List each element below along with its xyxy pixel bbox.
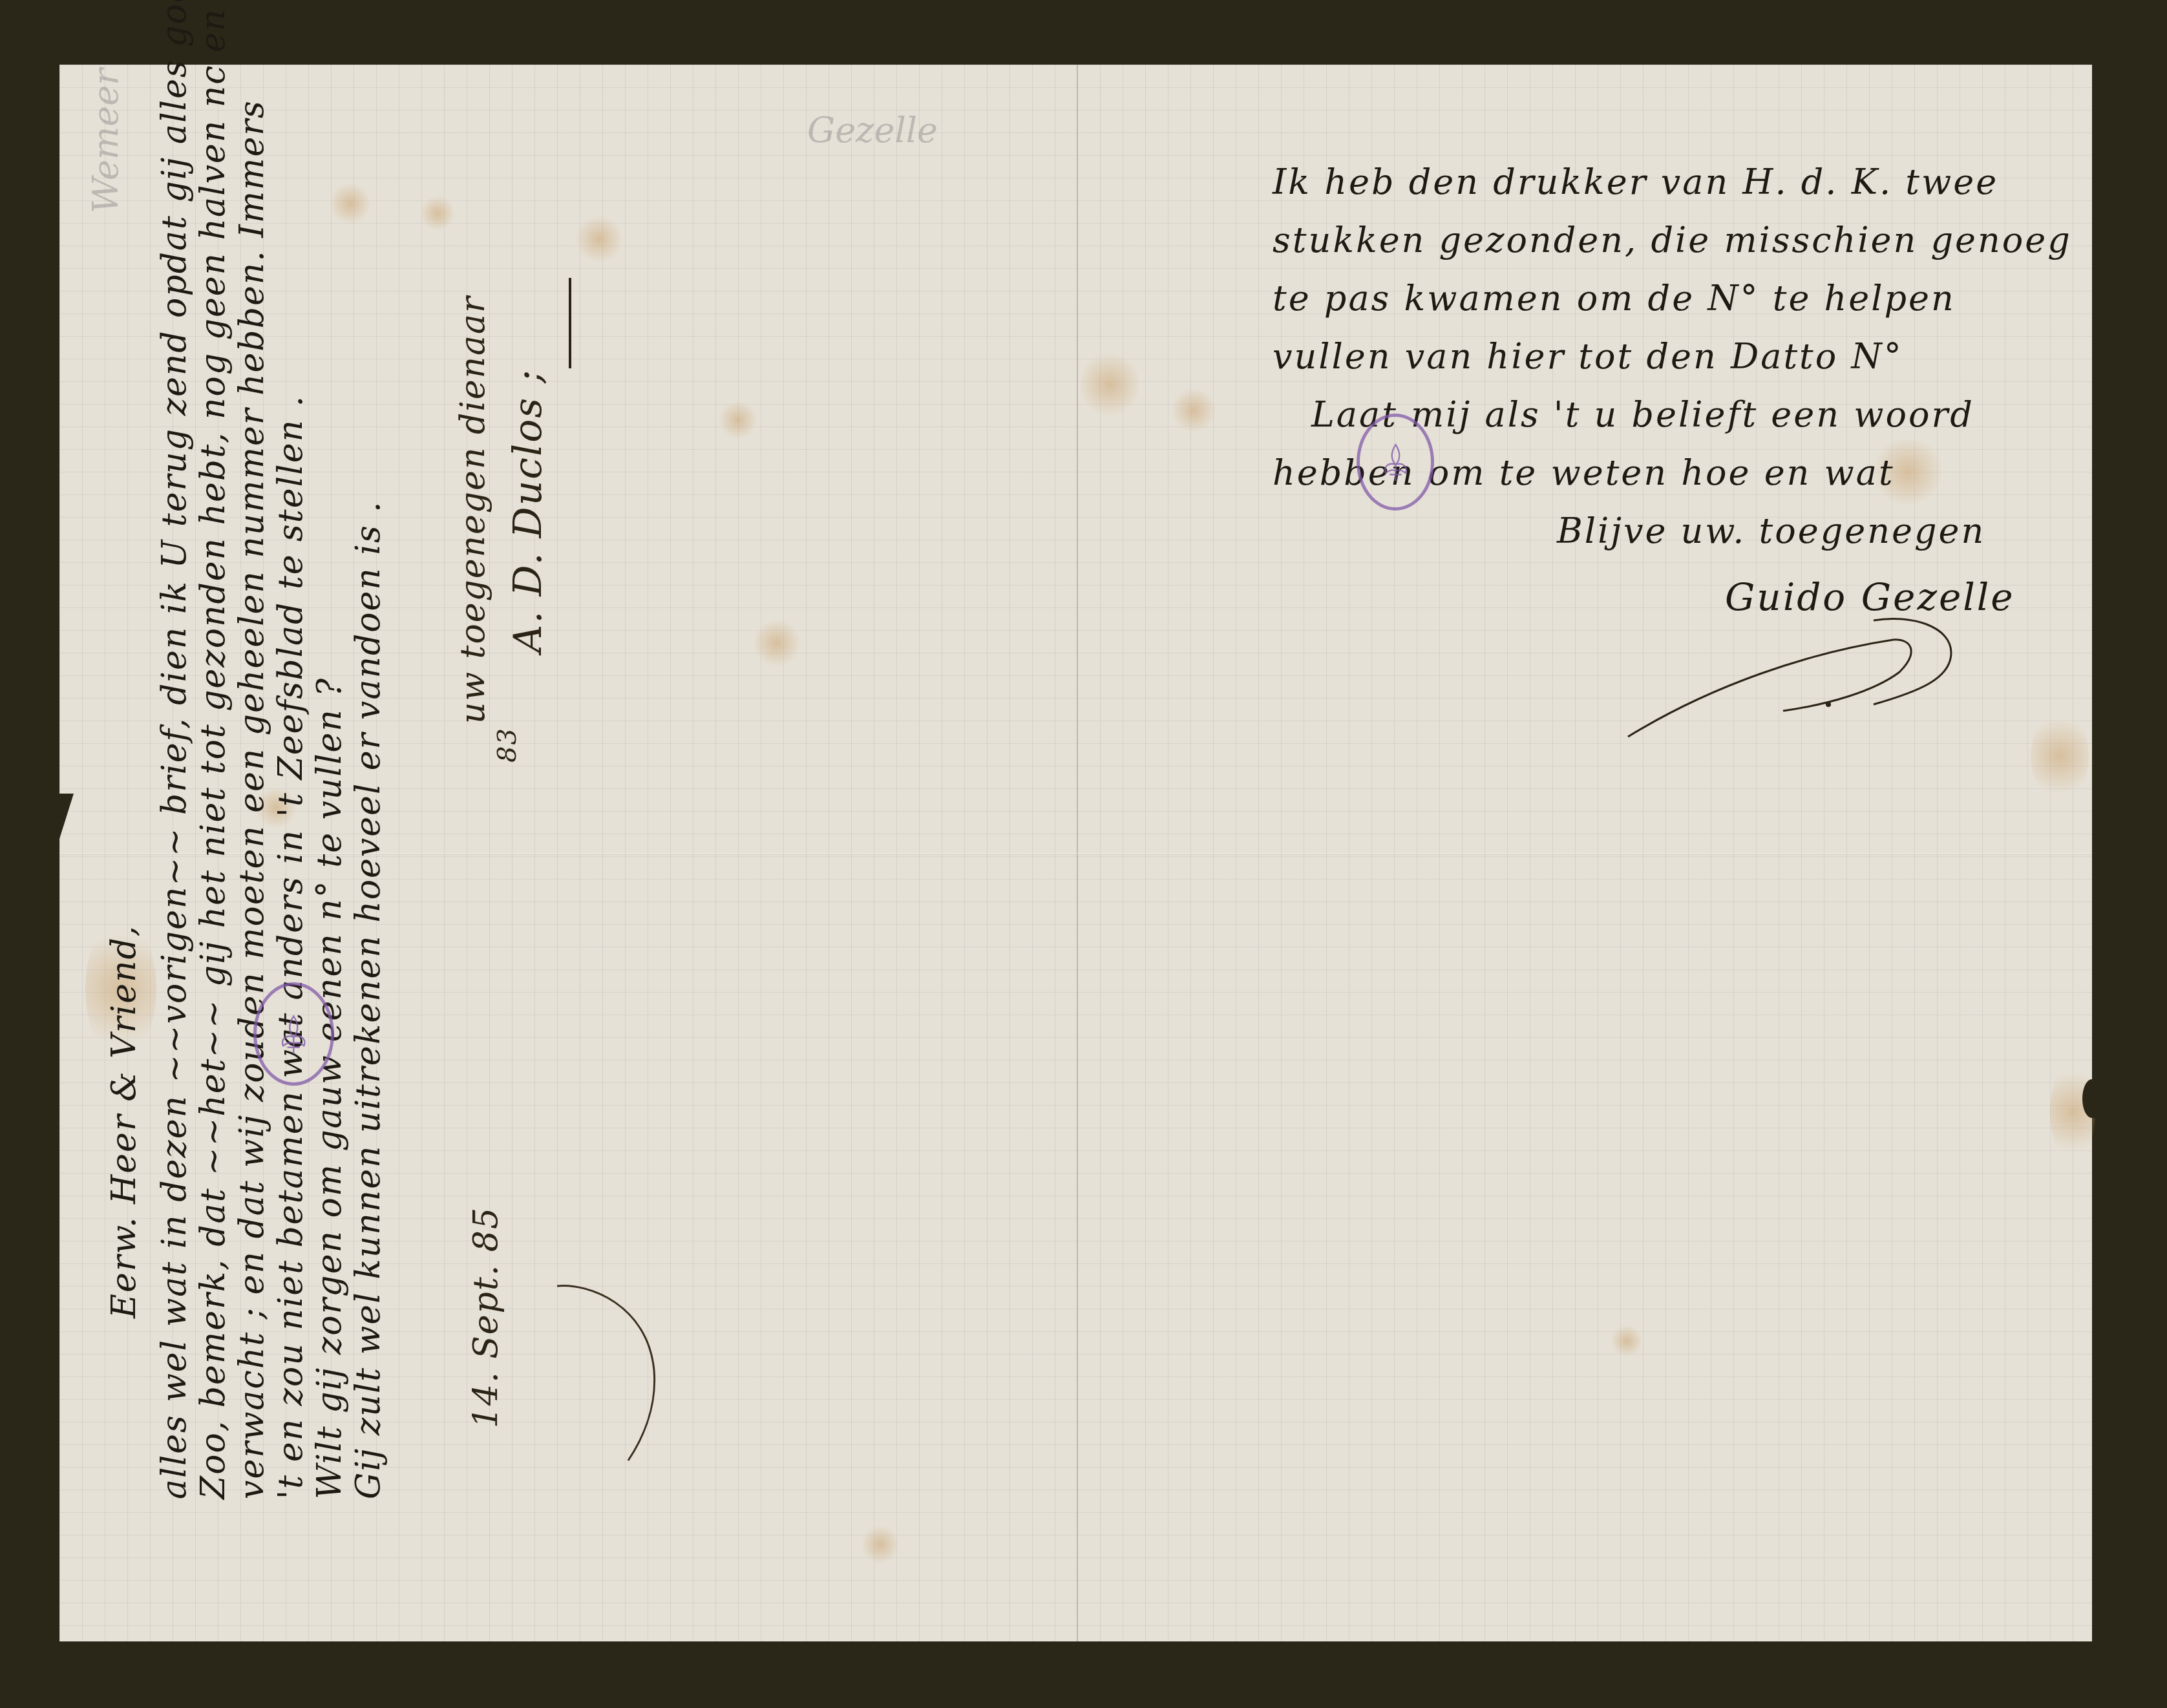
body-line: 't en zou niet betamen wat anders in 't …: [271, 395, 310, 1499]
closing: Blijve uw. toegenegen: [1557, 511, 1985, 551]
right-page: Gezelle Ik heb den drukker van H. d. K. …: [1079, 65, 2092, 1641]
fleur-de-lis-icon: [268, 1000, 320, 1068]
body-line: Zoo, bemerk, dat ~~het~~ gij het niet to…: [194, 8, 233, 1499]
closing: uw toegenegen dienaar: [454, 295, 492, 724]
signature-right: Guido Gezelle: [1725, 575, 2015, 619]
body-line: alles wel wat in dezen ~~vorigen~~ brief…: [155, 0, 194, 1499]
body-line: Wilt gij zorgen om gauw eenen n° te vull…: [310, 677, 349, 1499]
signature-flourish: [1615, 614, 1977, 743]
closing-dash: [564, 278, 576, 368]
body-line: stukken gezonden, die misschien genoeg: [1273, 220, 2072, 260]
pencil-note-right: Gezelle: [807, 110, 938, 151]
body-line: verwacht ; en dat wij zouden moeten een …: [233, 100, 271, 1499]
body-line: te pas kwamen om de N° te helpen: [1273, 278, 1956, 319]
signature-left: A. D. Duclos ;: [505, 369, 551, 653]
salutation: Eerw. Heer & Vriend,: [105, 925, 143, 1318]
margin-mark: 83: [492, 727, 522, 763]
body-line: vullen van hier tot den Datto N°: [1273, 336, 1903, 377]
letter-sheet: Wemeer Eerw. Heer & Vriend, alles wel wa…: [59, 65, 2092, 1641]
body-line: Gij zult wel kunnen uitrekenen hoeveel e…: [349, 500, 388, 1499]
date-flourish: [538, 1280, 680, 1473]
library-stamp-right: [1357, 414, 1434, 511]
fleur-de-lis-icon: [1371, 430, 1421, 494]
paper-tear-left: [59, 794, 74, 839]
date: 14. Sept. 85: [467, 1207, 505, 1428]
left-letter-body: Eerw. Heer & Vriend, alles wel wat in de…: [105, 78, 557, 1499]
body-line: Ik heb den drukker van H. d. K. twee: [1273, 162, 1998, 202]
left-page: Wemeer Eerw. Heer & Vriend, alles wel wa…: [59, 65, 1077, 1641]
paper-tear-right: [2082, 1079, 2102, 1118]
library-stamp-left: [253, 982, 334, 1086]
